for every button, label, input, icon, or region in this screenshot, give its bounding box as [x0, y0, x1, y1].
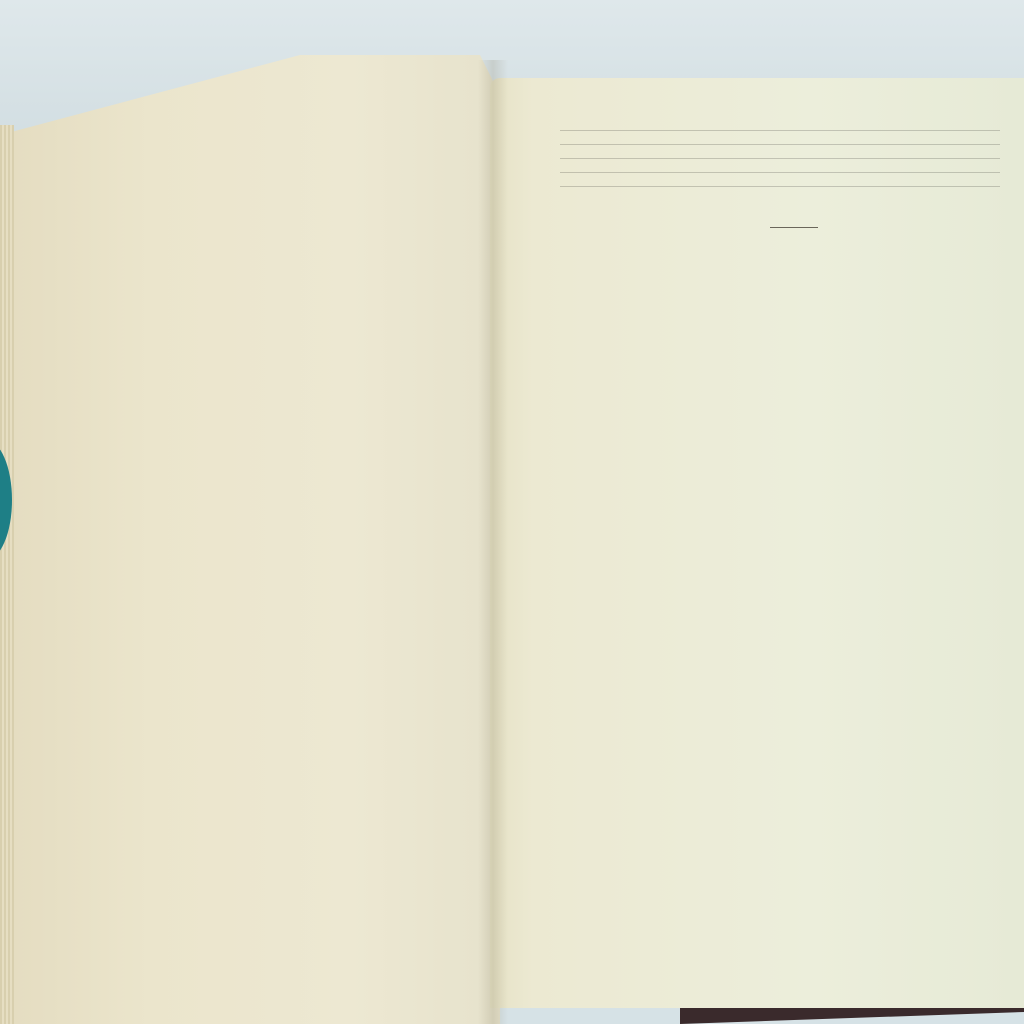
page-stack-edge — [0, 125, 14, 1024]
introduction-page — [590, 205, 1024, 250]
book-gutter — [478, 60, 508, 1024]
title-rule — [770, 227, 818, 228]
show-through-text — [560, 130, 1000, 190]
left-page — [0, 55, 500, 1024]
